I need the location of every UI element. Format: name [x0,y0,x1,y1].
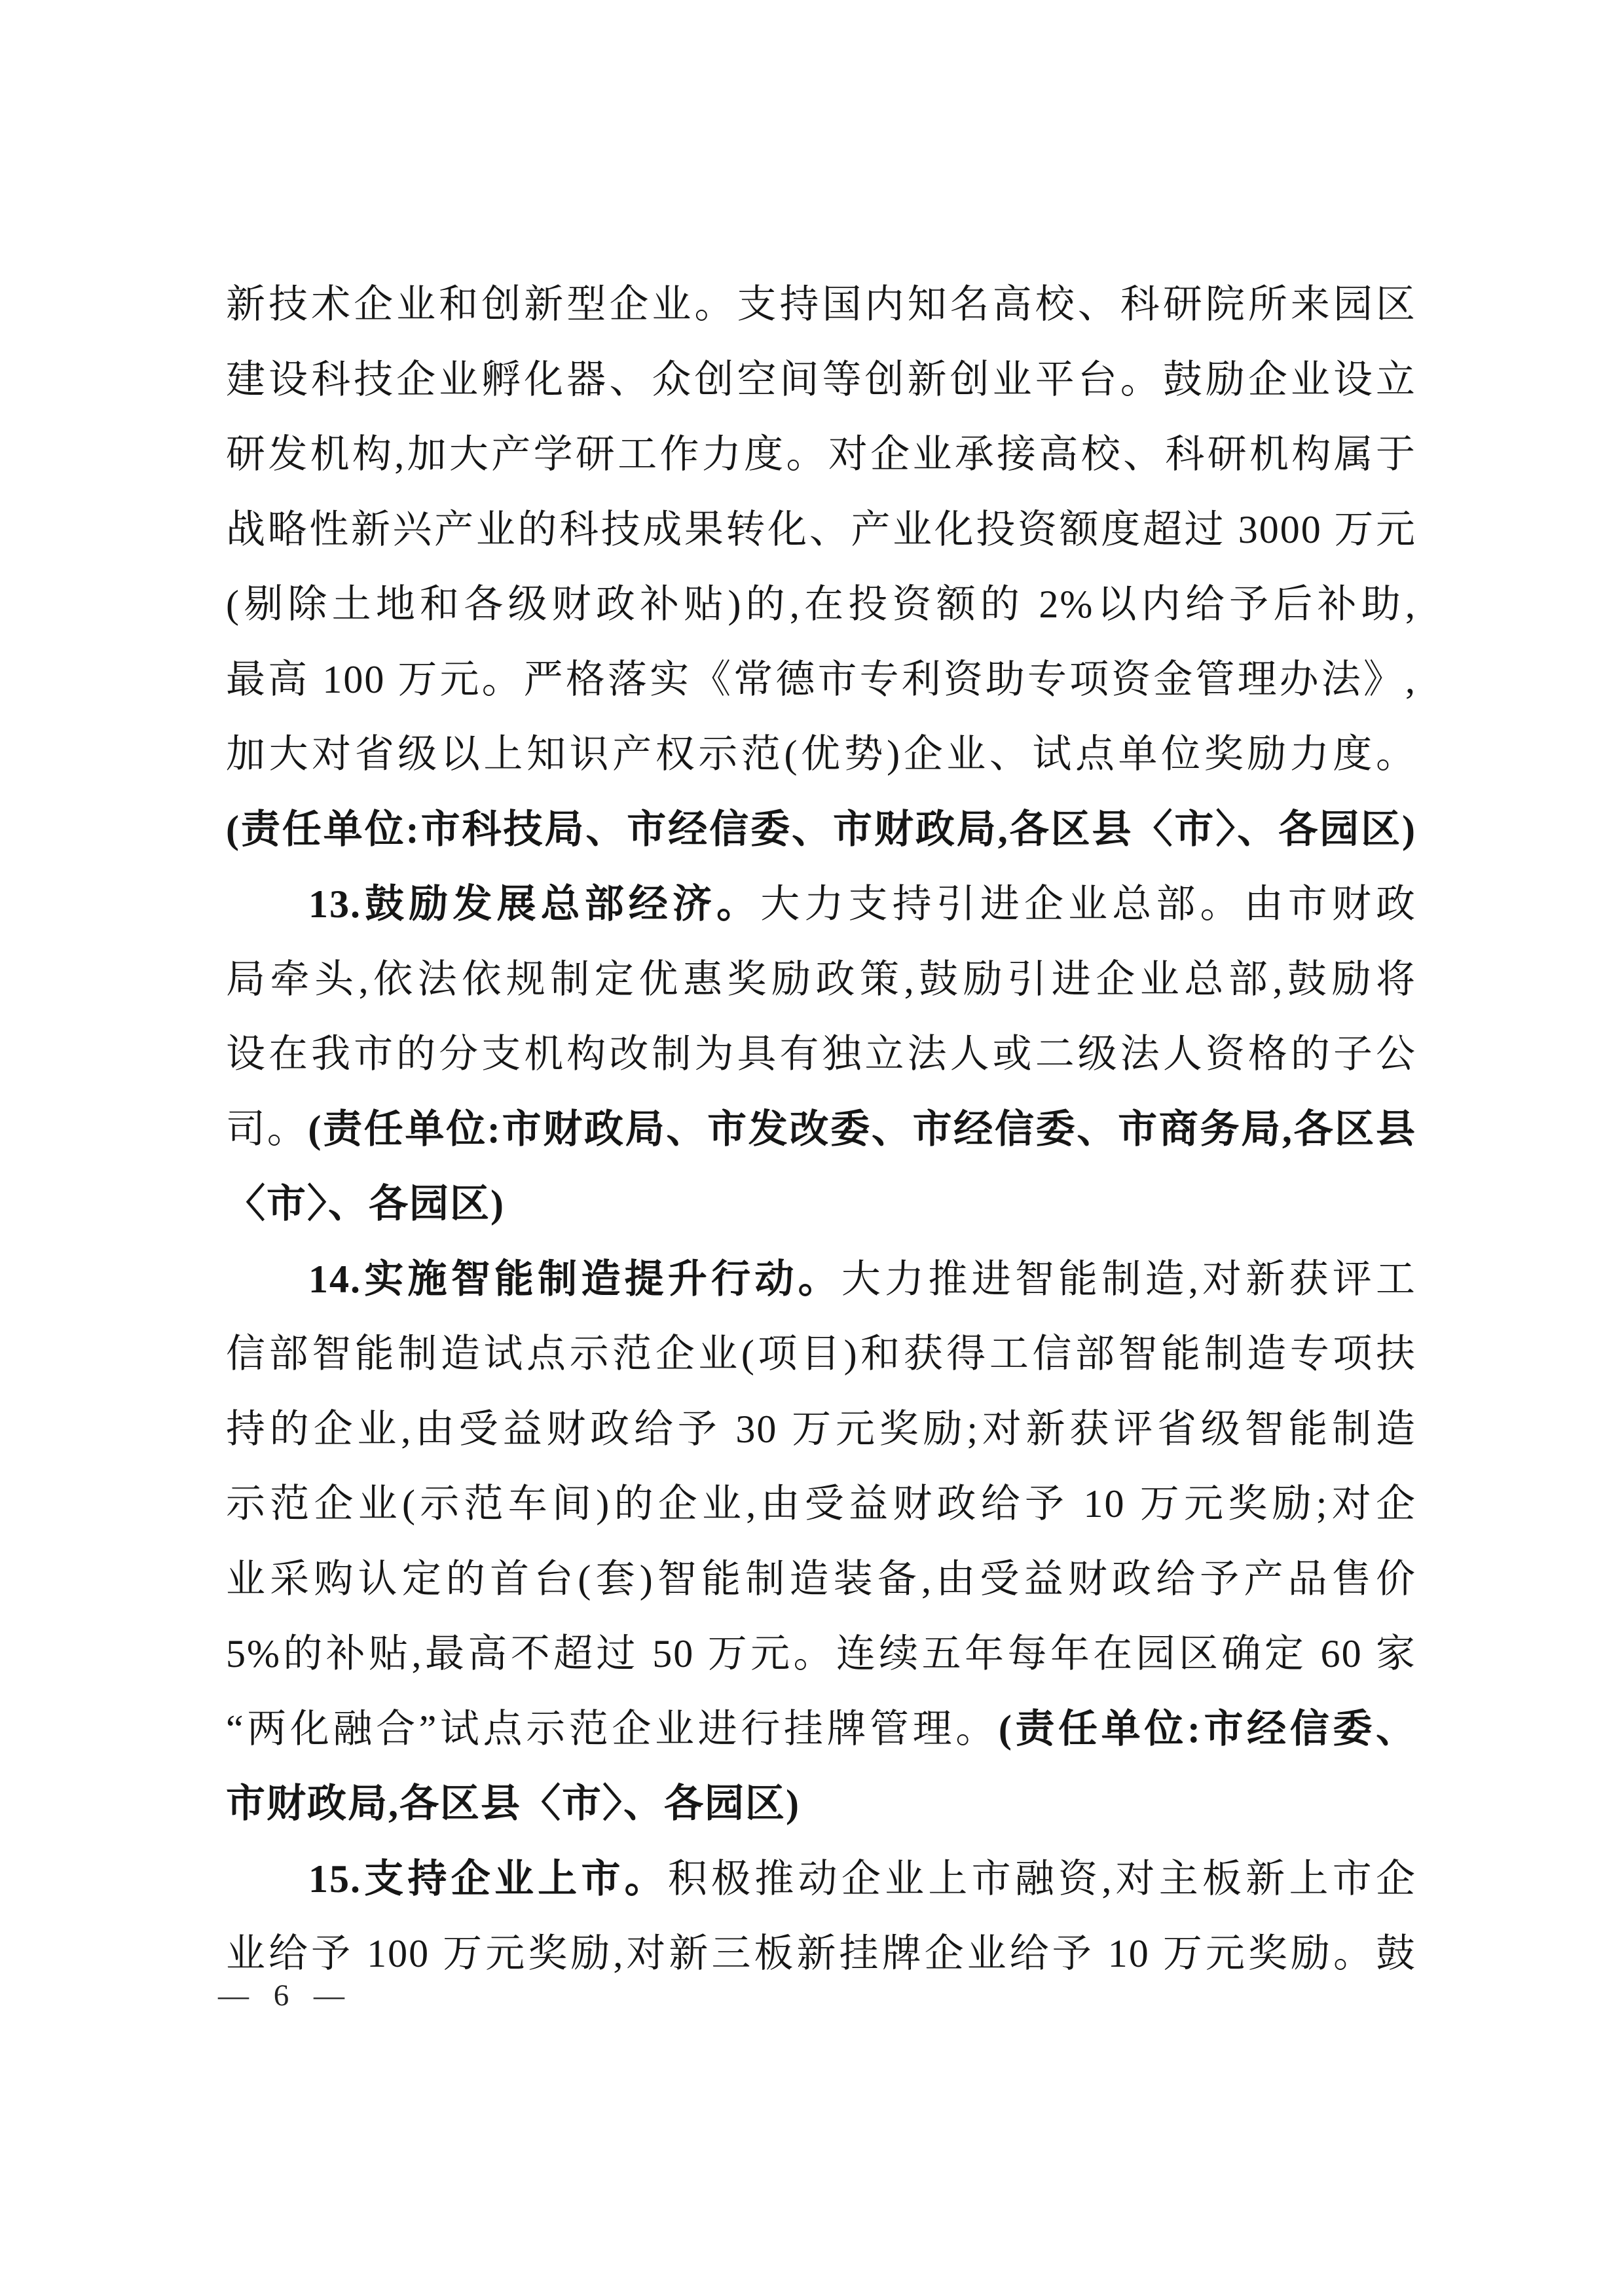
text-segment: 建设科技企业孵化器、众创空间等创新创业平台。鼓励企业设立 [226,358,1416,401]
text-line: 5%的补贴,最高不超过 50 万元。连续五年每年在园区确定 60 家 [226,1616,1416,1692]
text-segment: 设在我市的分支机构改制为具有独立法人或二级法人资格的子公 [226,1032,1416,1076]
text-line: 加大对省级以上知识产权示范(优势)企业、试点单位奖励力度。 [226,717,1416,792]
text-block: 新技术企业和创新型企业。支持国内知名高校、科研院所来园区建设科技企业孵化器、众创… [226,267,1416,1992]
bold-text-segment: 13.鼓励发展总部经济。 [308,883,760,926]
text-segment: 战略性新兴产业的科技成果转化、产业化投资额度超过 3000 万元 [226,508,1416,551]
text-segment: 示范企业(示范车间)的企业,由受益财政给予 10 万元奖励;对企 [226,1482,1416,1525]
text-line: 业采购认定的首台(套)智能制造装备,由受益财政给予产品售价 [226,1542,1416,1617]
text-segment: 积极推动企业上市融资,对主板新上市企 [668,1857,1416,1901]
text-line: (责任单位:市科技局、市经信委、市财政局,各区县〈市〉、各园区) [226,792,1416,867]
text-line: 14.实施智能制造提升行动。大力推进智能制造,对新获评工 [226,1242,1416,1317]
text-segment: (剔除土地和各级财政补贴)的,在投资额的 2%以内给予后补助, [226,583,1416,626]
text-segment: 持的企业,由受益财政给予 30 万元奖励;对新获评省级智能制造 [226,1408,1416,1451]
text-segment: 信部智能制造试点示范企业(项目)和获得工信部智能制造专项扶 [226,1332,1416,1376]
text-line: 新技术企业和创新型企业。支持国内知名高校、科研院所来园区 [226,267,1416,342]
text-segment: 局牵头,依法依规制定优惠奖励政策,鼓励引进企业总部,鼓励将 [226,958,1416,1001]
page-number: — 6 — [218,1976,346,2015]
bold-text-segment: (责任单位:市经信委、 [999,1707,1416,1751]
bold-text-segment: 市财政局,各区县〈市〉、各园区) [226,1782,800,1825]
text-segment: 大力推进智能制造,对新获评工 [841,1258,1416,1301]
bold-text-segment: 14.实施智能制造提升行动。 [308,1258,841,1301]
text-line: 市财政局,各区县〈市〉、各园区) [226,1766,1416,1842]
text-line: 示范企业(示范车间)的企业,由受益财政给予 10 万元奖励;对企 [226,1467,1416,1542]
text-segment: 最高 100 万元。严格落实《常德市专利资助专项资金管理办法》, [226,658,1416,701]
text-line: 15.支持企业上市。积极推动企业上市融资,对主板新上市企 [226,1842,1416,1917]
bold-text-segment: 15.支持企业上市。 [308,1857,668,1901]
text-segment: 业采购认定的首台(套)智能制造装备,由受益财政给予产品售价 [226,1558,1416,1601]
text-line: 〈市〉、各园区) [226,1167,1416,1242]
text-line: 业给予 100 万元奖励,对新三板新挂牌企业给予 10 万元奖励。鼓 [226,1916,1416,1992]
text-line: 信部智能制造试点示范企业(项目)和获得工信部智能制造专项扶 [226,1317,1416,1392]
text-segment: 研发机构,加大产学研工作力度。对企业承接高校、科研机构属于 [226,433,1416,476]
text-line: 司。(责任单位:市财政局、市发改委、市经信委、市商务局,各区县 [226,1092,1416,1167]
text-segment: 业给予 100 万元奖励,对新三板新挂牌企业给予 10 万元奖励。鼓 [226,1932,1416,1975]
text-line: 战略性新兴产业的科技成果转化、产业化投资额度超过 3000 万元 [226,492,1416,568]
text-line: 建设科技企业孵化器、众创空间等创新创业平台。鼓励企业设立 [226,342,1416,418]
text-line: “两化融合”试点示范企业进行挂牌管理。(责任单位:市经信委、 [226,1692,1416,1767]
text-segment: 大力支持引进企业总部。由市财政 [760,883,1416,926]
text-segment: 新技术企业和创新型企业。支持国内知名高校、科研院所来园区 [226,283,1416,326]
text-line: (剔除土地和各级财政补贴)的,在投资额的 2%以内给予后补助, [226,567,1416,642]
text-line: 研发机构,加大产学研工作力度。对企业承接高校、科研机构属于 [226,417,1416,492]
text-line: 设在我市的分支机构改制为具有独立法人或二级法人资格的子公 [226,1017,1416,1092]
bold-text-segment: 〈市〉、各园区) [226,1182,505,1226]
bold-text-segment: (责任单位:市科技局、市经信委、市财政局,各区县〈市〉、各园区) [226,808,1416,851]
text-line: 持的企业,由受益财政给予 30 万元奖励;对新获评省级智能制造 [226,1392,1416,1467]
document-page: 新技术企业和创新型企业。支持国内知名高校、科研院所来园区建设科技企业孵化器、众创… [0,0,1624,2296]
text-segment: 5%的补贴,最高不超过 50 万元。连续五年每年在园区确定 60 家 [226,1632,1416,1675]
text-segment: 加大对省级以上知识产权示范(优势)企业、试点单位奖励力度。 [226,733,1416,776]
text-segment: 司。 [226,1108,308,1151]
text-line: 最高 100 万元。严格落实《常德市专利资助专项资金管理办法》, [226,642,1416,718]
text-line: 13.鼓励发展总部经济。大力支持引进企业总部。由市财政 [226,867,1416,942]
bold-text-segment: (责任单位:市财政局、市发改委、市经信委、市商务局,各区县 [308,1108,1416,1151]
text-segment: “两化融合”试点示范企业进行挂牌管理。 [226,1707,999,1751]
text-line: 局牵头,依法依规制定优惠奖励政策,鼓励引进企业总部,鼓励将 [226,942,1416,1017]
